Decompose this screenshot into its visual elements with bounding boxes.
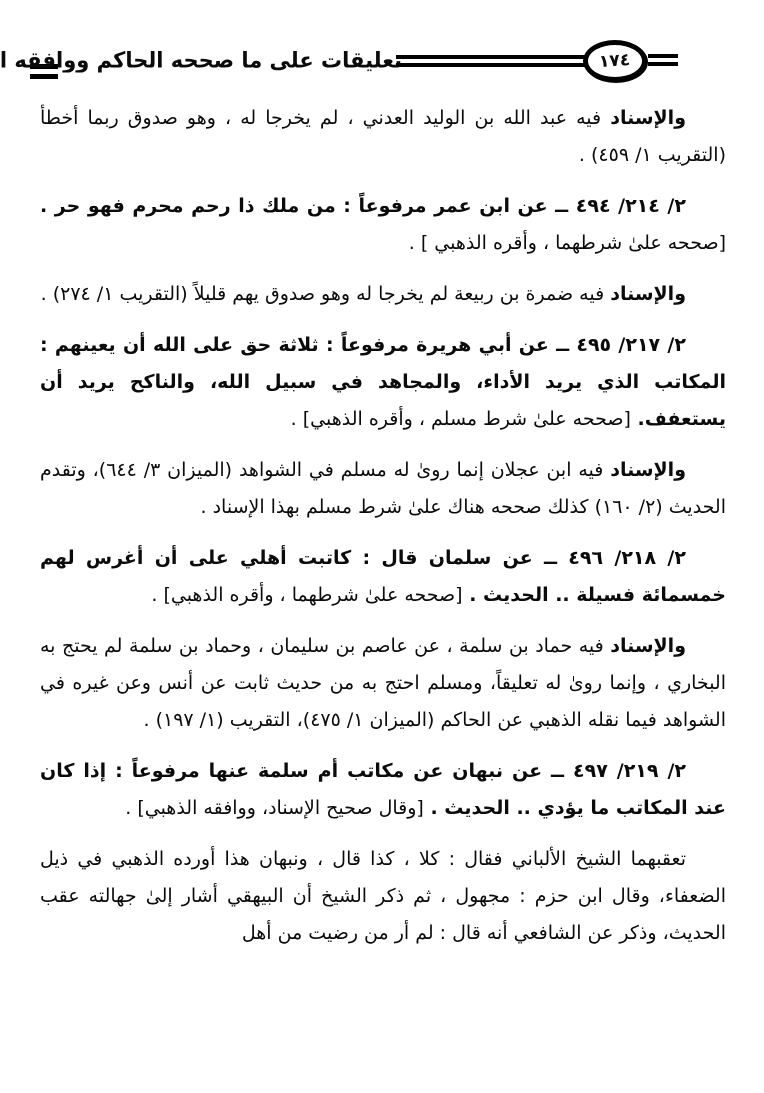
text-segment: [صححه علىٰ شرط مسلم ، وأقره الذهبي] . [291, 408, 631, 430]
book-page: { "header": { "title": "تعليقات على ما ص… [0, 0, 764, 1093]
text-segment: [صححه علىٰ شرطهما ، وأقره الذهبي ] . [409, 232, 726, 254]
header-double-rule-right [648, 54, 678, 70]
body-paragraph-8: ٢/ ٢١٩/ ٤٩٧ ــ عن نبهان عن مكاتب أم سلمة… [40, 753, 726, 827]
body-paragraph-1: والإسناد فيه عبد الله بن الوليد العدني ،… [40, 100, 726, 174]
rule-bar [648, 54, 678, 58]
rule-bar [396, 55, 586, 59]
bold-text-segment: ٢/ ٢١٤/ ٤٩٤ ــ عن ابن عمر مرفوعاً : من م… [40, 195, 686, 217]
text-segment: تعقبهما الشيخ الألباني فقال : كلا ، كذا … [40, 848, 726, 944]
header-double-rule-left [396, 55, 586, 71]
rule-bar [396, 63, 586, 67]
text-segment: فيه ضمرة بن ربيعة لم يخرجا له وهو صدوق ي… [41, 283, 611, 305]
body-paragraph-4: ٢/ ٢١٧/ ٤٩٥ ــ عن أبي هريرة مرفوعاً : ثل… [40, 327, 726, 438]
bold-text-segment: والإسناد [610, 107, 686, 129]
rule-bar [30, 74, 58, 79]
bold-text-segment: والإسناد [610, 283, 686, 305]
page-body: والإسناد فيه عبد الله بن الوليد العدني ،… [0, 100, 764, 952]
text-segment: [صححه علىٰ شرطهما ، وأقره الذهبي] . [151, 584, 462, 606]
body-paragraph-2: ٢/ ٢١٤/ ٤٩٤ ــ عن ابن عمر مرفوعاً : من م… [40, 188, 726, 262]
body-paragraph-5: والإسناد فيه ابن عجلان إنما روىٰ له مسلم… [40, 452, 726, 526]
rule-bar [648, 62, 678, 66]
body-paragraph-9: تعقبهما الشيخ الألباني فقال : كلا ، كذا … [40, 841, 726, 952]
body-paragraph-7: والإسناد فيه حماد بن سلمة ، عن عاصم بن س… [40, 628, 726, 739]
bold-text-segment: والإسناد [610, 635, 686, 657]
text-segment: [وقال صحيح الإسناد، ووافقه الذهبي] . [125, 797, 424, 819]
page-number: ١٧٤ [599, 50, 631, 72]
page-number-oval: ١٧٤ [583, 40, 647, 82]
bold-text-segment: والإسناد [610, 459, 686, 481]
book-title: تعليقات على ما صححه الحاكم ووافقه الذهبي [72, 48, 402, 73]
body-paragraph-6: ٢/ ٢١٨/ ٤٩٦ ــ عن سلمان قال : كاتبت أهلي… [40, 540, 726, 614]
page-header: تعليقات على ما صححه الحاكم ووافقه الذهبي… [0, 0, 764, 96]
body-paragraph-3: والإسناد فيه ضمرة بن ربيعة لم يخرجا له و… [40, 276, 726, 313]
